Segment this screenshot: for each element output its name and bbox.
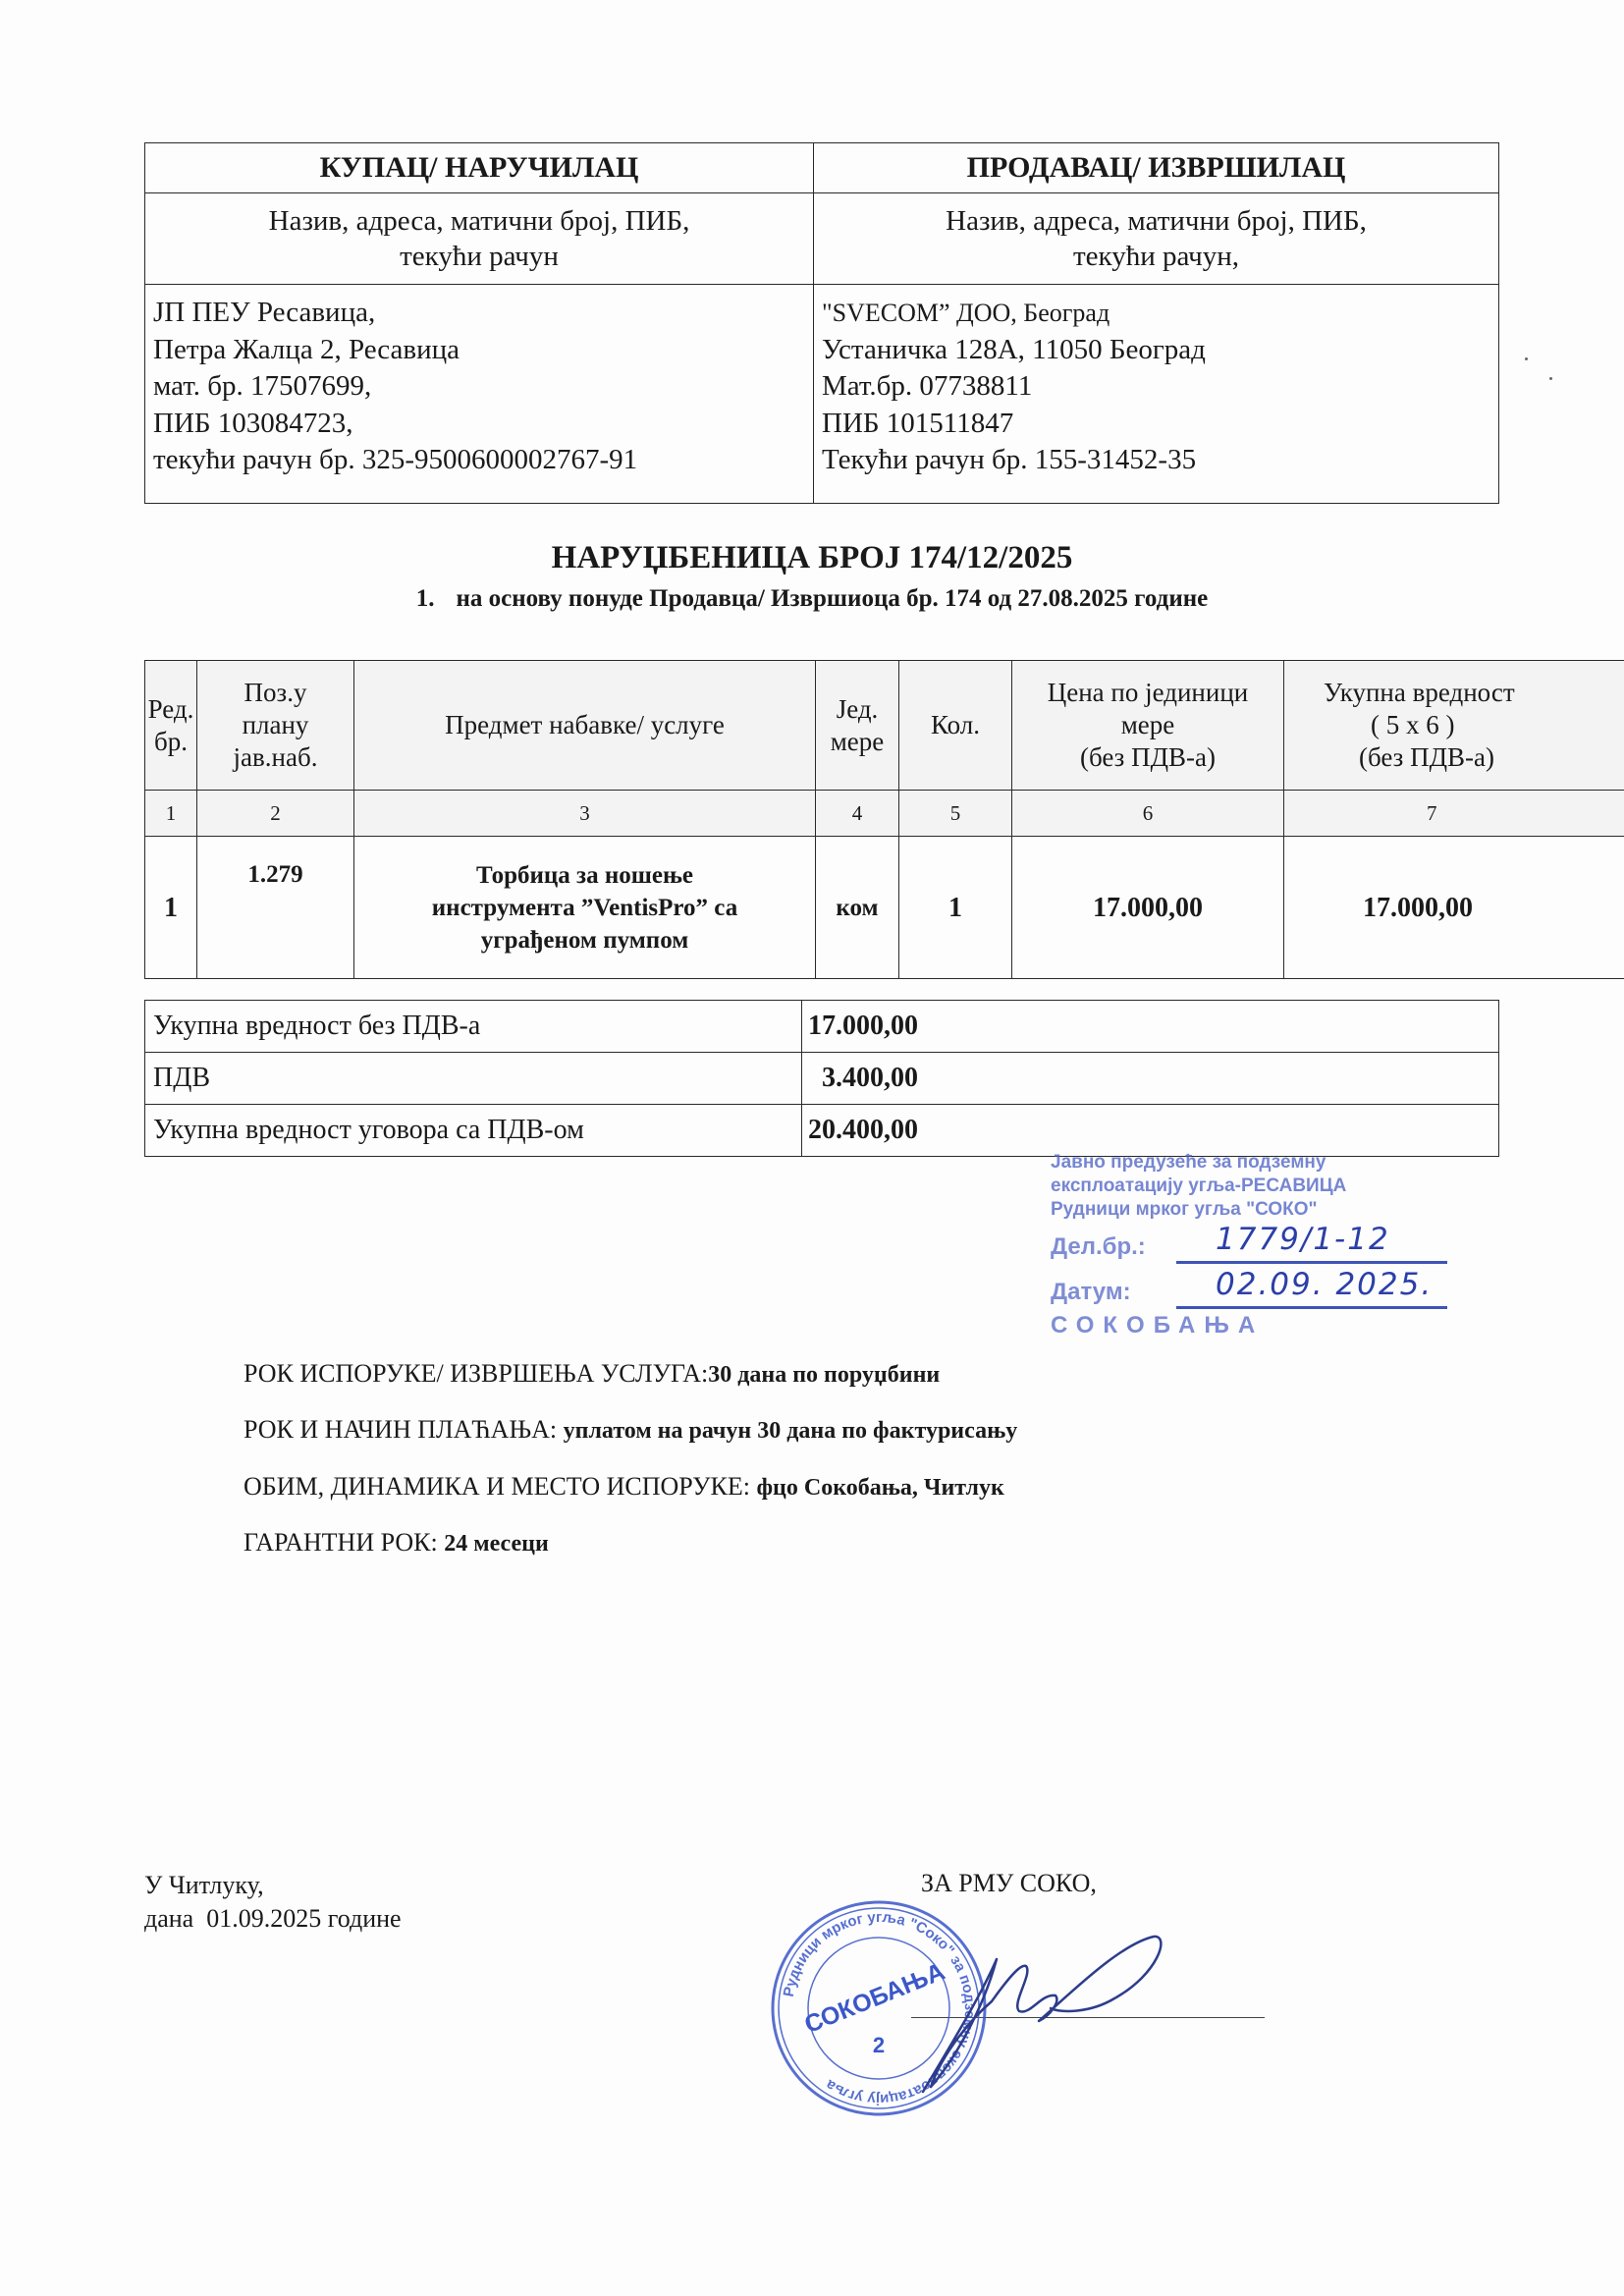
svg-text:2: 2 [873, 2033, 885, 2057]
items-table-container: Ред.бр. Поз.упланујав.наб. Предмет набав… [144, 660, 1624, 979]
place-and-date: У Читлуку, дана 01.09.2025 године [144, 1869, 402, 1936]
col-number: 7 [1284, 791, 1624, 837]
col-header-quantity: Кол. [899, 661, 1012, 791]
term-label: ОБИМ, ДИНАМИКА И МЕСТО ИСПОРУКЕ: [244, 1472, 756, 1501]
buyer-details: ЈП ПЕУ Ресавица, Петра Жалца 2, Ресавица… [145, 285, 814, 504]
stamp-date-label: Датум: [1051, 1279, 1131, 1306]
stamp-date-underline [1176, 1306, 1447, 1309]
totals-row-gross: Укупна вредност уговора са ПДВ-ом 20.400… [145, 1105, 1499, 1157]
signer-label: ЗА РМУ СОКО, [921, 1869, 1097, 1898]
col-number: 3 [354, 791, 816, 837]
delivery-number-value: 1779/1-12 [1216, 1222, 1390, 1257]
term-label: РОК ИСПОРУКЕ/ ИЗВРШЕЊА УСЛУГА: [244, 1359, 708, 1388]
col-number: 2 [197, 791, 354, 837]
buyer-subheading-line: текући рачун [145, 239, 813, 274]
stamp-city: СОКОБАЊА [1051, 1312, 1463, 1339]
item-unit: ком [816, 837, 899, 979]
seller-subheading-line: Назив, адреса, матични број, ПИБ, [814, 203, 1498, 239]
order-basis: 1.на основу понуде Продавца/ Извршиоца б… [0, 585, 1624, 613]
term-label: РОК И НАЧИН ПЛАЋАЊА: [244, 1415, 564, 1444]
item-row-no: 1 [145, 837, 197, 979]
totals-table: Укупна вредност без ПДВ-а 17.000,00 ПДВ … [144, 1000, 1499, 1157]
totals-row-vat: ПДВ 3.400,00 [145, 1053, 1499, 1105]
item-plan-position: 1.279 [197, 837, 354, 979]
buyer-name: ЈП ПЕУ Ресавица, [153, 295, 807, 332]
seller-registration-no: Мат.бр. 07738811 [822, 368, 1492, 406]
items-header-row: Ред.бр. Поз.упланујав.наб. Предмет набав… [145, 661, 1624, 791]
scan-speck [1525, 357, 1528, 360]
col-number: 4 [816, 791, 899, 837]
col-header-plan-position: Поз.упланујав.наб. [197, 661, 354, 791]
total-gross-value: 20.400,00 [802, 1105, 1499, 1157]
item-unit-price: 17.000,00 [1012, 837, 1284, 979]
table-row: 1 1.279 Торбица за ношење инструмента ”V… [145, 837, 1624, 979]
total-net-value: 17.000,00 [802, 1001, 1499, 1053]
item-quantity: 1 [899, 837, 1012, 979]
seller-heading: ПРОДАВАЦ/ ИЗВРШИЛАЦ [814, 143, 1499, 193]
col-header-total: Укупна вредност( 5 x 6 )(без ПДВ-а) [1284, 661, 1624, 791]
registration-stamp: Јавно предузеће за подземну експлоатациј… [1051, 1151, 1463, 1339]
order-basis-text: на основу понуде Продавца/ Извршиоца бр.… [457, 585, 1209, 612]
parties-table: КУПАЦ/ НАРУЧИЛАЦ ПРОДАВАЦ/ ИЗВРШИЛАЦ Наз… [144, 142, 1499, 504]
issue-date: дана 01.09.2025 године [144, 1902, 402, 1936]
buyer-subheading: Назив, адреса, матични број, ПИБ, текући… [145, 193, 814, 285]
seller-details: "SVECOM” ДОО, Београд Устаничка 128А, 11… [814, 285, 1499, 504]
seller-bank-account: Текући рачун бр. 155-31452-35 [822, 442, 1492, 479]
col-header-unit: Јед.мере [816, 661, 899, 791]
col-header-row-no: Ред.бр. [145, 661, 197, 791]
buyer-bank-account: текући рачун бр. 325-9500600002767-91 [153, 442, 807, 479]
order-basis-number: 1. [416, 585, 435, 612]
term-value: фцо Сокобања, Читлук [756, 1475, 1003, 1501]
signature-icon [913, 1905, 1178, 2102]
items-table: Ред.бр. Поз.упланујав.наб. Предмет набав… [144, 660, 1624, 979]
vat-value: 3.400,00 [802, 1053, 1499, 1105]
col-number: 6 [1012, 791, 1284, 837]
seller-tax-id: ПИБ 101511847 [822, 406, 1492, 443]
term-delivery: РОК ИСПОРУКЕ/ ИЗВРШЕЊА УСЛУГА:30 дана по… [244, 1359, 940, 1389]
term-label: ГАРАНТНИ РОК: [244, 1528, 444, 1557]
buyer-subheading-line: Назив, адреса, матични број, ПИБ, [145, 203, 813, 239]
seller-subheading: Назив, адреса, матични број, ПИБ, текући… [814, 193, 1499, 285]
stamp-line: експлоатацију угља-РЕСАВИЦА [1051, 1175, 1463, 1198]
seller-address: Устаничка 128А, 11050 Београд [822, 332, 1492, 369]
place: У Читлуку, [144, 1869, 402, 1902]
col-header-subject: Предмет набавке/ услуге [354, 661, 816, 791]
buyer-tax-id: ПИБ 103084723, [153, 406, 807, 443]
term-value: уплатом на рачун 30 дана по фактурисању [564, 1418, 1018, 1444]
stamp-date-value: 02.09. 2025. [1216, 1267, 1433, 1302]
item-description: Торбица за ношење инструмента ”VentisPro… [354, 837, 816, 979]
item-total: 17.000,00 [1284, 837, 1624, 979]
term-warranty: ГАРАНТНИ РОК: 24 месеци [244, 1528, 549, 1558]
total-gross-label: Укупна вредност уговора са ПДВ-ом [145, 1105, 802, 1157]
term-value: 30 дана по поруџбини [708, 1362, 940, 1388]
scan-speck [1549, 377, 1552, 380]
buyer-heading: КУПАЦ/ НАРУЧИЛАЦ [145, 143, 814, 193]
term-payment: РОК И НАЧИН ПЛАЋАЊА: уплатом на рачун 30… [244, 1415, 1017, 1445]
delivery-number-underline [1176, 1261, 1447, 1264]
col-header-unit-price: Цена по јединицимере(без ПДВ-а) [1012, 661, 1284, 791]
seller-subheading-line: текући рачун, [814, 239, 1498, 274]
total-net-label: Укупна вредност без ПДВ-а [145, 1001, 802, 1053]
seller-name: "SVECOM” ДОО, Београд [822, 295, 1492, 332]
delivery-number-label: Дел.бр.: [1051, 1233, 1146, 1261]
buyer-address: Петра Жалца 2, Ресавица [153, 332, 807, 369]
buyer-registration-no: мат. бр. 17507699, [153, 368, 807, 406]
term-value: 24 месеци [444, 1531, 549, 1557]
column-number-row: 1 2 3 4 5 6 7 [145, 791, 1624, 837]
order-title: НАРУЏБЕНИЦА БРОЈ 174/12/2025 [0, 540, 1624, 576]
totals-row-net: Укупна вредност без ПДВ-а 17.000,00 [145, 1001, 1499, 1053]
col-number: 1 [145, 791, 197, 837]
vat-label: ПДВ [145, 1053, 802, 1105]
stamp-line: Јавно предузеће за подземну [1051, 1151, 1463, 1175]
term-scope: ОБИМ, ДИНАМИКА И МЕСТО ИСПОРУКЕ: фцо Сок… [244, 1472, 1004, 1502]
stamp-line: Рудници мрког угља "СОКО" [1051, 1198, 1463, 1222]
col-number: 5 [899, 791, 1012, 837]
